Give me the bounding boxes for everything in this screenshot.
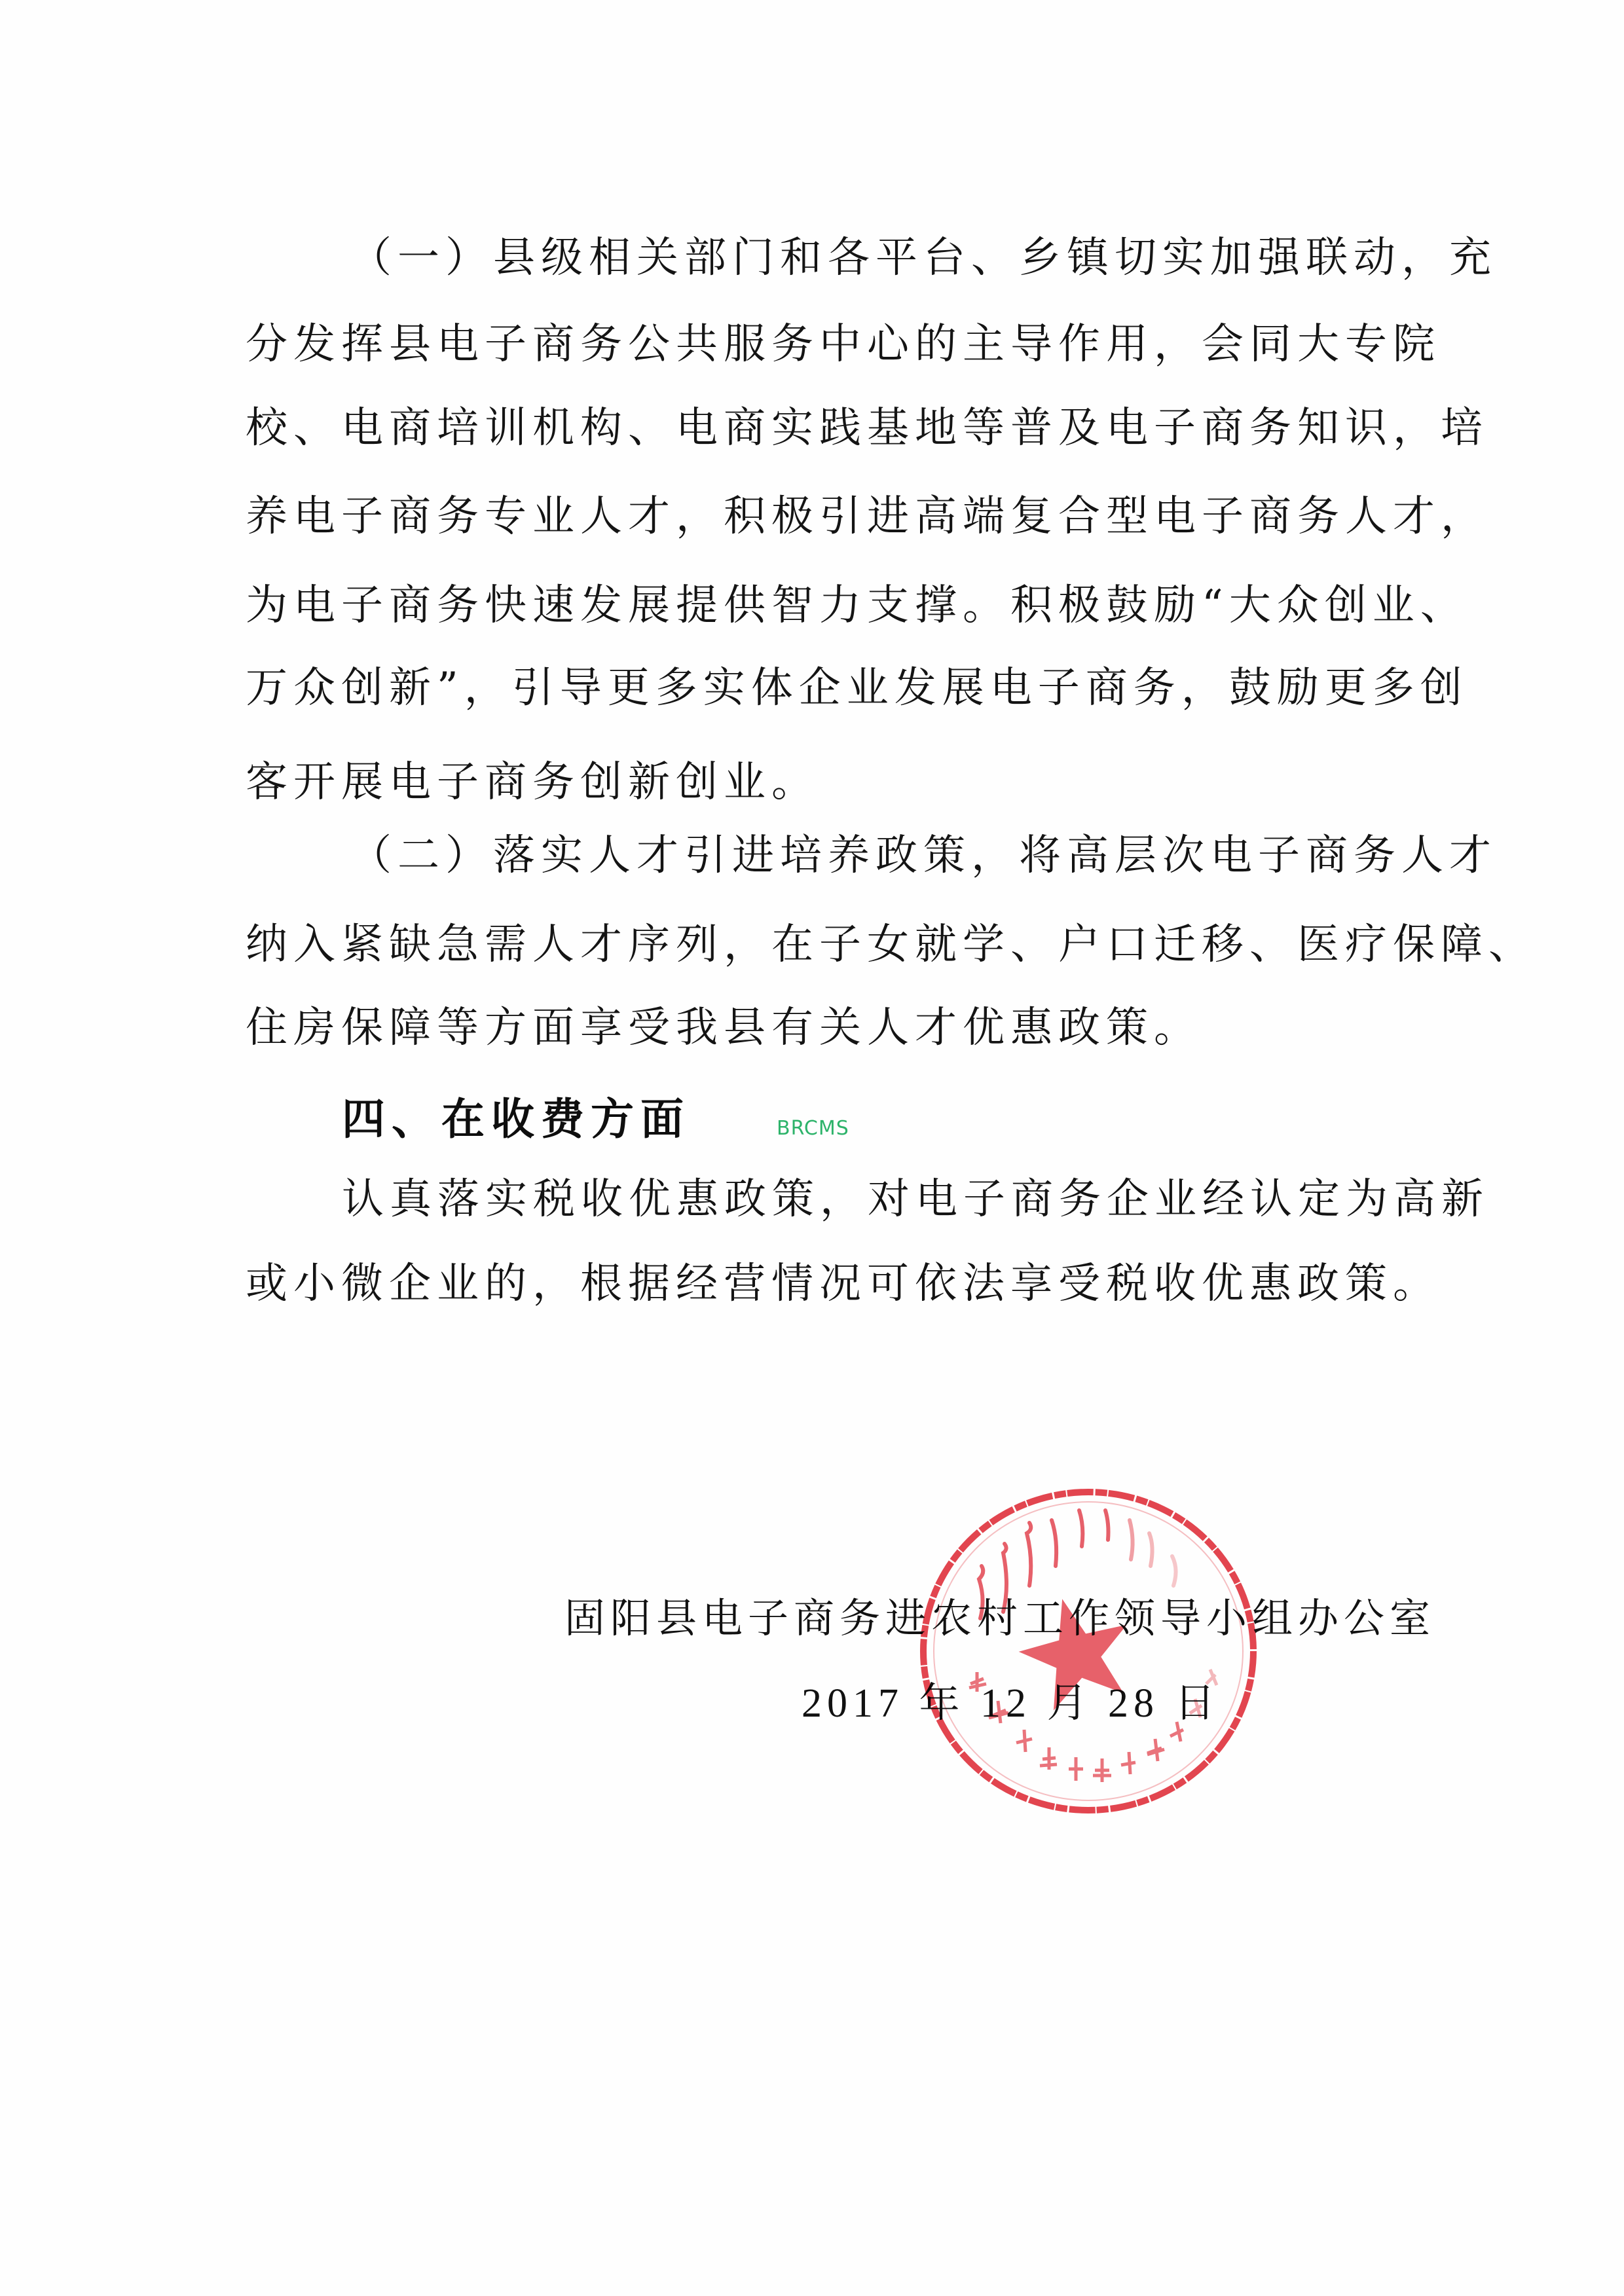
body-line: 分发挥县电子商务公共服务中心的主导作用，会同大专院: [246, 318, 1441, 371]
brcms-watermark: BRCMS: [777, 1117, 849, 1140]
seal-script-bottom: [969, 1669, 1217, 1782]
star-icon: [1009, 1586, 1143, 1715]
body-line: 为电子商务快速发展提供智力支撑。积极鼓励“大众创业、: [246, 579, 1468, 632]
body-line: （二）落实人才引进培养政策，将高层次电子商务人才: [350, 829, 1497, 882]
official-seal: [918, 1487, 1259, 1815]
body-line: 校、电商培训机构、电商实践基地等普及电子商务知识，培: [246, 402, 1488, 454]
body-line: 纳入紧缺急需人才序列，在子女就学、户口迁移、医疗保障、: [246, 919, 1536, 971]
body-line: 养电子商务专业人才，积极引进高端复合型电子商务人才，: [246, 490, 1488, 543]
body-line: 或小微企业的，根据经营情况可依法享受税收优惠政策。: [246, 1258, 1441, 1310]
body-line: 万众创新”，引导更多实体企业发展电子商务，鼓励更多创: [246, 662, 1468, 714]
body-line: 住房保障等方面享受我县有关人才优惠政策。: [246, 1002, 1202, 1054]
body-line: （一）县级相关部门和各平台、乡镇切实加强联动，充: [350, 232, 1497, 284]
body-line: 客开展电子商务创新创业。: [246, 756, 819, 809]
document-page: （一）县级相关部门和各平台、乡镇切实加强联动，充 分发挥县电子商务公共服务中心的…: [0, 0, 1624, 2296]
section-heading: 四、在收费方面: [342, 1093, 690, 1146]
body-line: 认真落实税收优惠政策，对电子商务企业经认定为高新: [342, 1173, 1489, 1226]
seal-script-top: [979, 1510, 1176, 1618]
